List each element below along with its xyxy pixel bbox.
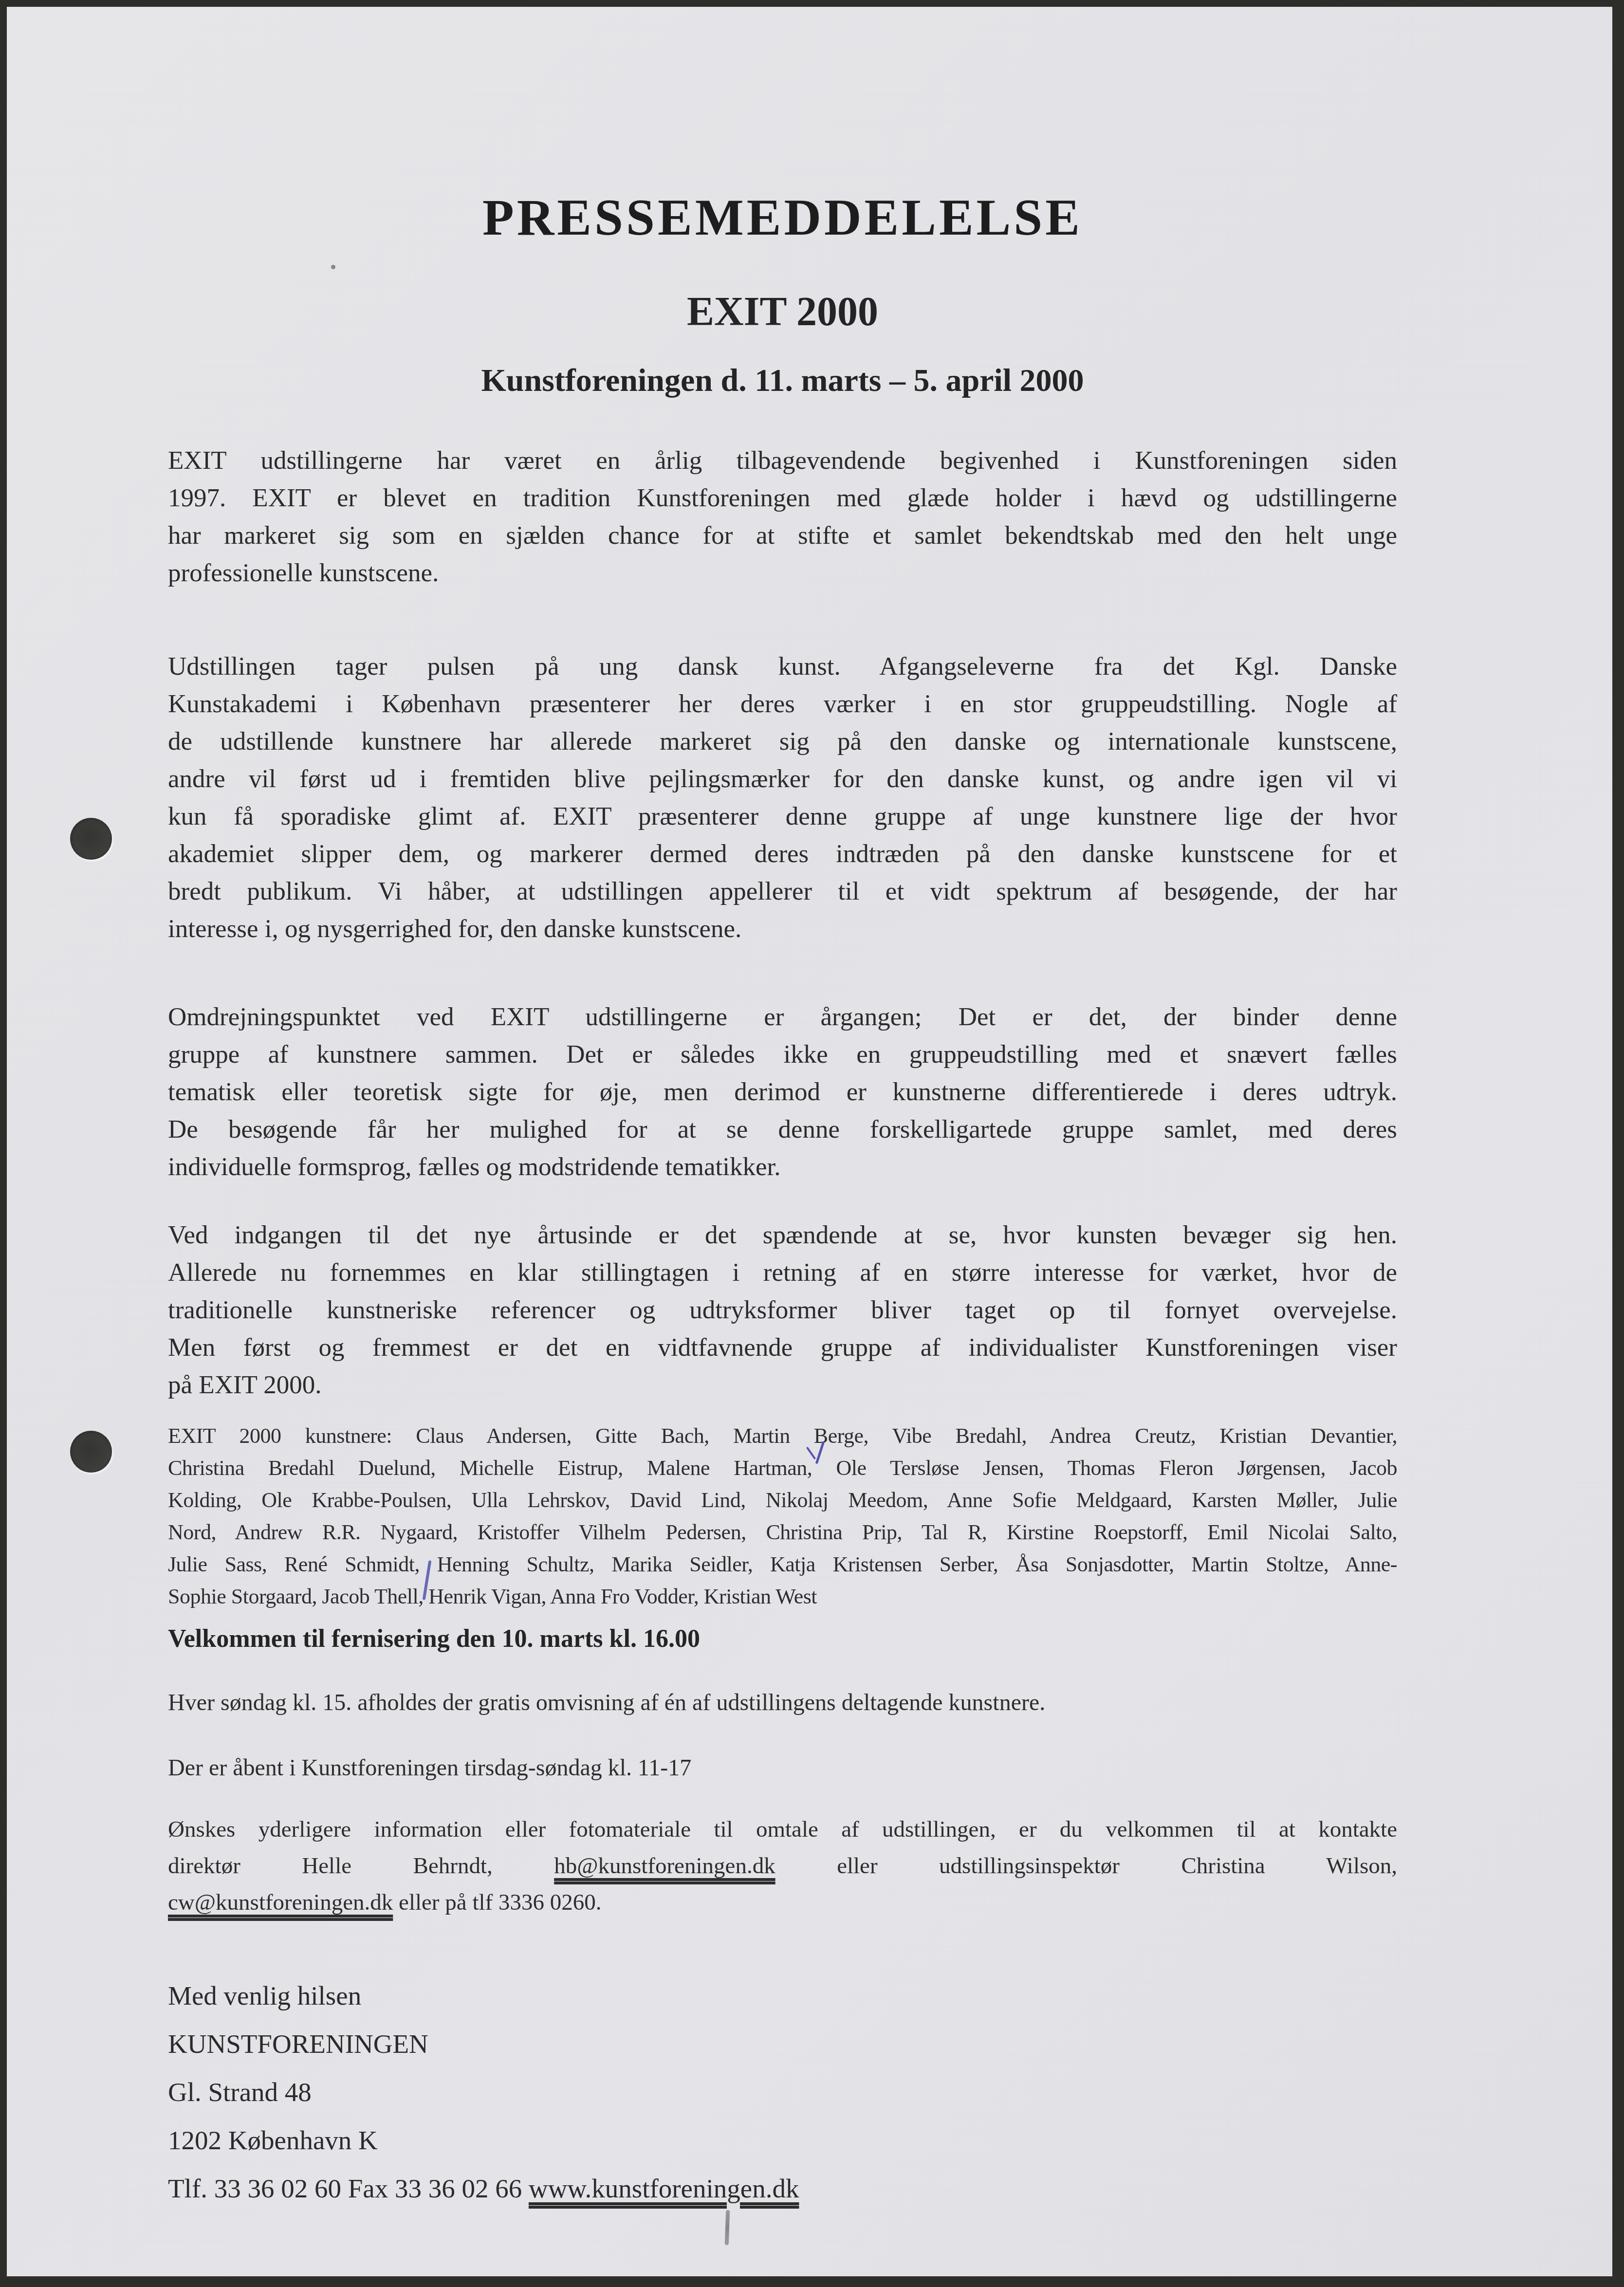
- page-subtitle: EXIT 2000: [168, 288, 1397, 335]
- paragraph-millennium: Ved indgangen til det nye årtusinde er d…: [168, 1217, 1397, 1404]
- text-line: EXIT 2000 kunstnere: Claus Andersen, Git…: [168, 1420, 1397, 1452]
- text-line: Omdrejningspunktet ved EXIT udstillinger…: [168, 998, 1397, 1036]
- text-line: bredt publikum. Vi håber, at udstillinge…: [168, 873, 1397, 910]
- website-link[interactable]: www.kunstforeningen.dk: [529, 2174, 799, 2203]
- contact-paragraph: Ønskes yderligere information eller foto…: [168, 1811, 1397, 1921]
- text-line: akademiet slipper dem, og markerer derme…: [168, 835, 1397, 873]
- ink-speck: [331, 265, 335, 269]
- paragraph-intro: EXIT udstillingerne har været en årlig t…: [168, 442, 1397, 592]
- text-line: individuelle formsprog, fælles og modstr…: [168, 1148, 1397, 1186]
- email-link-hb[interactable]: hb@kunstforeningen.dk: [554, 1853, 775, 1879]
- contact-line-2-rest: eller udstillingsinspektør Christina Wil…: [775, 1853, 1397, 1879]
- text-line: Udstillingen tager pulsen på ung dansk k…: [168, 648, 1397, 685]
- phone-fax-text: Tlf. 33 36 02 60 Fax 33 36 02 66: [168, 2174, 529, 2203]
- text-line: professionelle kunstscene.: [168, 554, 1397, 592]
- vernissage-heading: Velkommen til fernisering den 10. marts …: [168, 1624, 1397, 1653]
- text-line: Sophie Storgaard, Jacob Thell, Henrik Vi…: [168, 1581, 1397, 1613]
- contact-line-3-rest: eller på tlf 3336 0260.: [393, 1890, 601, 1915]
- paragraph-concept: Omdrejningspunktet ved EXIT udstillinger…: [168, 998, 1397, 1186]
- text-line: 1997. EXIT er blevet en tradition Kunstf…: [168, 480, 1397, 517]
- closing-street: Gl. Strand 48: [168, 2068, 1397, 2116]
- scanned-page: PRESSEMEDDELELSE EXIT 2000 Kunstforening…: [7, 7, 1612, 2276]
- text-line: Kunstakademi i København præsenterer her…: [168, 685, 1397, 723]
- hole-punch-mark-bottom: [70, 1431, 112, 1473]
- closing-salutation: Med venlig hilsen: [168, 1972, 1397, 2020]
- paragraph-exhibition: Udstillingen tager pulsen på ung dansk k…: [168, 648, 1397, 948]
- opening-hours-line: Der er åbent i Kunstforeningen tirsdag-s…: [168, 1754, 1397, 1781]
- text-line: tematisk eller teoretisk sigte for øje, …: [168, 1073, 1397, 1111]
- text-line: andre vil først ud i fremtiden blive pej…: [168, 760, 1397, 798]
- text-line: har markeret sig som en sjælden chance f…: [168, 517, 1397, 554]
- pencil-mark: [725, 2210, 730, 2245]
- text-line: interesse i, og nysgerrighed for, den da…: [168, 910, 1397, 948]
- contact-line-1: Ønskes yderligere information eller foto…: [168, 1811, 1397, 1848]
- closing-city: 1202 København K: [168, 2116, 1397, 2164]
- text-line: Julie Sass, René Schmidt, Henning Schult…: [168, 1549, 1397, 1581]
- sunday-tours-line: Hver søndag kl. 15. afholdes der gratis …: [168, 1689, 1397, 1716]
- contact-line-2: direktør Helle Behrndt, hb@kunstforening…: [168, 1848, 1397, 1884]
- scanned-press-release: { "document": { "title": "PRESSEMEDDELEL…: [0, 0, 1624, 2287]
- text-line: Nord, Andrew R.R. Nygaard, Kristoffer Vi…: [168, 1516, 1397, 1549]
- text-line: de udstillende kunstnere har allerede ma…: [168, 723, 1397, 760]
- text-line: EXIT udstillingerne har været en årlig t…: [168, 442, 1397, 480]
- text-line: Men først og fremmest er det en vidtfavn…: [168, 1329, 1397, 1366]
- closing-block: Med venlig hilsen KUNSTFORENINGEN Gl. St…: [168, 1972, 1397, 2213]
- contact-line-2-text: direktør Helle Behrndt,: [168, 1853, 554, 1879]
- text-line: Christina Bredahl Duelund, Michelle Eist…: [168, 1452, 1397, 1484]
- text-line: Kolding, Ole Krabbe-Poulsen, Ulla Lehrsk…: [168, 1484, 1397, 1516]
- text-line: traditionelle kunstneriske referencer og…: [168, 1291, 1397, 1329]
- contact-line-3: cw@kunstforeningen.dk eller på tlf 3336 …: [168, 1884, 1397, 1921]
- exhibition-dateline: Kunstforeningen d. 11. marts – 5. april …: [168, 362, 1397, 399]
- text-line: Allerede nu fornemmes en klar stillingta…: [168, 1254, 1397, 1291]
- text-line: kun få sporadiske glimt af. EXIT præsent…: [168, 798, 1397, 835]
- hole-punch-mark-top: [70, 818, 112, 860]
- text-line: De besøgende får her mulighed for at se …: [168, 1111, 1397, 1148]
- text-line: Ved indgangen til det nye årtusinde er d…: [168, 1217, 1397, 1254]
- closing-organization: KUNSTFORENINGEN: [168, 2020, 1397, 2068]
- text-line: på EXIT 2000.: [168, 1366, 1397, 1404]
- page-title: PRESSEMEDDELELSE: [168, 188, 1397, 247]
- email-link-cw[interactable]: cw@kunstforeningen.dk: [168, 1890, 393, 1915]
- artists-list: EXIT 2000 kunstnere: Claus Andersen, Git…: [168, 1420, 1397, 1613]
- closing-phone-line: Tlf. 33 36 02 60 Fax 33 36 02 66 www.kun…: [168, 2164, 1397, 2213]
- text-line: gruppe af kunstnere sammen. Det er såled…: [168, 1036, 1397, 1073]
